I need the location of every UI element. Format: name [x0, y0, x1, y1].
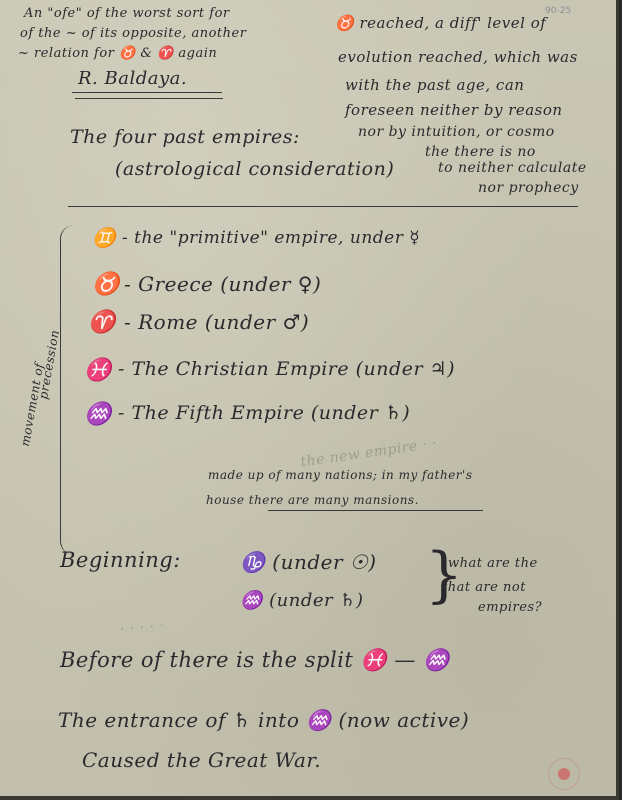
note-line: nor by intuition, or cosmo [358, 124, 555, 140]
quote-line: made up of many nations; in my father's [208, 468, 473, 482]
note-line: An "ofe" of the worst sort for [24, 6, 230, 21]
beginning-item: ♒ (under ♄) [240, 590, 364, 611]
section-divider [68, 206, 578, 207]
signature-underline-1 [72, 92, 222, 93]
empires-bracket [60, 225, 81, 555]
empire-text: - The Christian Empire (under ♃) [118, 358, 455, 380]
closing-line: Before of there is the split ♓ — ♒ [60, 648, 450, 673]
side-note-line: that are not [442, 580, 526, 595]
zodiac-sign-icon: ♊ [92, 226, 116, 249]
archive-number: 90-25 [545, 6, 571, 16]
quote-underline [268, 510, 483, 511]
brace: } [425, 545, 463, 605]
note-line: nor prophecy [478, 180, 579, 196]
beginning-label: Beginning: [60, 548, 181, 572]
note-line: evolution reached, which was [338, 48, 578, 66]
note-line: the there is no [425, 144, 536, 160]
closing-line: The entrance of ♄ into ♒ (now active) [58, 708, 469, 732]
bleed-through-text: the new empire · · [300, 435, 439, 470]
bleed-through-text: · · · · · [119, 618, 165, 638]
note-line: ♉ reached, a diff' level of [335, 14, 546, 32]
note-line: foreseen neither by reason [345, 101, 563, 119]
zodiac-sign-icon: ♈ [88, 310, 116, 335]
empire-text: - Greece (under ♀) [124, 272, 321, 296]
stamp-dot-icon [558, 768, 570, 780]
beginning-item: ♑ (under ☉) [240, 550, 377, 574]
note-line: ~ relation for ♉ & ♈ again [18, 46, 217, 61]
zodiac-sign-icon: ♉ [92, 272, 120, 297]
signature: R. Baldaya. [78, 68, 187, 89]
zodiac-sign-icon: ♓ [84, 358, 112, 383]
side-note-line: empires? [478, 600, 542, 615]
empire-text: - Rome (under ♂) [124, 310, 309, 334]
zodiac-sign-icon: ♒ [84, 402, 112, 427]
heading-subtitle: (astrological consideration) [115, 158, 394, 180]
note-line: with the past age, can [345, 76, 524, 94]
side-note-line: what are the [448, 556, 538, 571]
empire-text: - the "primitive" empire, under ☿ [122, 228, 420, 248]
manuscript-page: 90-25 An "ofe" of the worst sort for of … [0, 0, 619, 800]
note-line: to neither calculate [438, 160, 587, 176]
closing-line: Caused the Great War. [82, 748, 321, 772]
library-stamp [548, 758, 580, 790]
heading-title: The four past empires: [70, 126, 300, 148]
quote-line: house there are many mansions. [206, 493, 419, 507]
empire-text: - The Fifth Empire (under ♄) [118, 402, 410, 424]
signature-underline-2 [75, 98, 223, 99]
note-line: of the ~ of its opposite, another [20, 26, 246, 41]
